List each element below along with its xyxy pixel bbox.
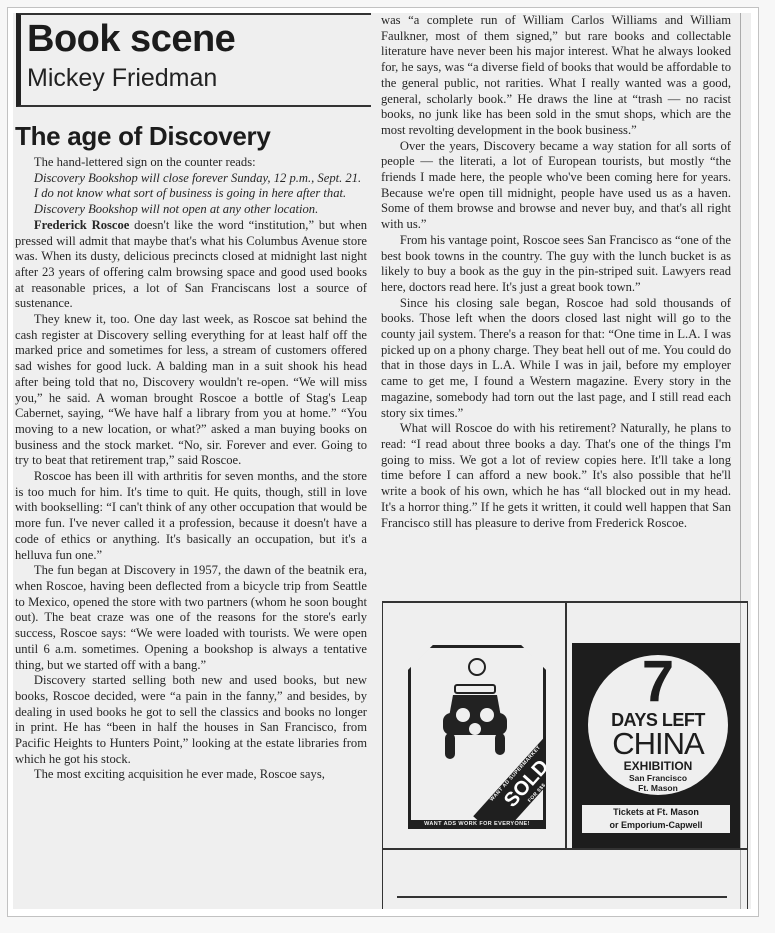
ads-section: WANT AD SUPERMARKET SOLD FOR $$$ WANT AD…: [382, 601, 748, 909]
tickets-line-1: Tickets at Ft. Mason: [582, 806, 730, 819]
article-paragraph: Discovery started selling both new and u…: [15, 673, 367, 767]
china-exhibition-advertisement: 7 DAYS LEFT CHINA EXHIBITION San Francis…: [565, 603, 748, 850]
paragraph-text: They knew it, too. One day last week, as…: [15, 312, 367, 467]
price-tag-graphic: WANT AD SUPERMARKET SOLD FOR $$$: [408, 645, 546, 823]
article-paragraph: The fun began at Discovery in 1957, the …: [15, 563, 367, 673]
article-paragraph: was “a complete run of William Carlos Wi…: [381, 13, 731, 139]
column-author: Mickey Friedman: [27, 63, 217, 93]
article-paragraph: Roscoe has been ill with arthritis for s…: [15, 469, 367, 563]
article-paragraph: Over the years, Discovery became a way s…: [381, 139, 731, 233]
article-paragraph: They knew it, too. One day last week, as…: [15, 312, 367, 469]
article-paragraph: Since his closing sale began, Roscoe had…: [381, 296, 731, 422]
article-paragraph: The most exciting acquisition he ever ma…: [15, 767, 367, 783]
left-column: Book scene Mickey Friedman The age of Di…: [13, 13, 368, 909]
paragraph-text: Discovery started selling both new and u…: [15, 673, 367, 766]
bottom-advertisement-partial: [382, 850, 748, 909]
article-paragraph: What will Roscoe do with his retirement?…: [381, 421, 731, 531]
tag-hole-icon: [468, 658, 486, 676]
exhibition-city: San Francisco: [588, 773, 728, 783]
paragraph-text: Discovery Bookshop will not open at any …: [34, 202, 318, 216]
exhibition-venue: Ft. Mason: [588, 783, 728, 793]
article-paragraph: The hand-lettered sign on the counter re…: [15, 155, 367, 171]
paragraph-lead: Frederick Roscoe: [34, 218, 129, 232]
tickets-line-2: or Emporium-Capwell: [582, 819, 730, 832]
article-body-left: The hand-lettered sign on the counter re…: [15, 155, 367, 783]
ad-border-line: [397, 896, 727, 898]
paragraph-text: Since his closing sale began, Roscoe had…: [381, 296, 731, 420]
exhibition-name: CHINA: [588, 728, 728, 760]
article-paragraph: Frederick Roscoe doesn't like the word “…: [15, 218, 367, 312]
exhibition-location: San Francisco Ft. Mason: [588, 773, 728, 793]
paragraph-text: Over the years, Discovery became a way s…: [381, 139, 731, 232]
paragraph-text: The fun began at Discovery in 1957, the …: [15, 563, 367, 671]
vintage-car-icon: [441, 683, 509, 763]
article-paragraph: I do not know what sort of business is g…: [15, 186, 367, 202]
want-ads-advertisement: WANT AD SUPERMARKET SOLD FOR $$$ WANT AD…: [382, 603, 567, 850]
article-headline: The age of Discovery: [15, 121, 271, 151]
days-count: 7: [588, 653, 728, 711]
article-paragraph: Discovery Bookshop will close forever Su…: [15, 171, 367, 187]
column-header: Book scene Mickey Friedman: [16, 13, 371, 107]
paragraph-text: Roscoe has been ill with arthritis for s…: [15, 469, 367, 562]
paragraph-text: From his vantage point, Roscoe sees San …: [381, 233, 731, 294]
paragraph-text: Discovery Bookshop will close forever Su…: [34, 171, 361, 185]
article-paragraph: From his vantage point, Roscoe sees San …: [381, 233, 731, 296]
paragraph-text: The hand-lettered sign on the counter re…: [34, 155, 256, 169]
article-body-right: was “a complete run of William Carlos Wi…: [381, 13, 731, 531]
paragraph-text: was “a complete run of William Carlos Wi…: [381, 13, 731, 137]
paragraph-text: The most exciting acquisition he ever ma…: [34, 767, 325, 781]
china-ad-box: 7 DAYS LEFT CHINA EXHIBITION San Francis…: [572, 643, 740, 848]
exhibition-label: EXHIBITION: [588, 760, 728, 773]
article-paragraph: Discovery Bookshop will not open at any …: [15, 202, 367, 218]
paragraph-text: What will Roscoe do with his retirement?…: [381, 421, 731, 529]
china-ad-circle: 7 DAYS LEFT CHINA EXHIBITION San Francis…: [588, 655, 728, 795]
column-title: Book scene: [27, 17, 235, 61]
tickets-info: Tickets at Ft. Mason or Emporium-Capwell: [582, 805, 730, 833]
paragraph-text: I do not know what sort of business is g…: [34, 186, 346, 200]
want-ads-slogan: WANT ADS WORK FOR EVERYONE!: [408, 820, 546, 829]
newspaper-clipping: Book scene Mickey Friedman The age of Di…: [13, 13, 751, 909]
